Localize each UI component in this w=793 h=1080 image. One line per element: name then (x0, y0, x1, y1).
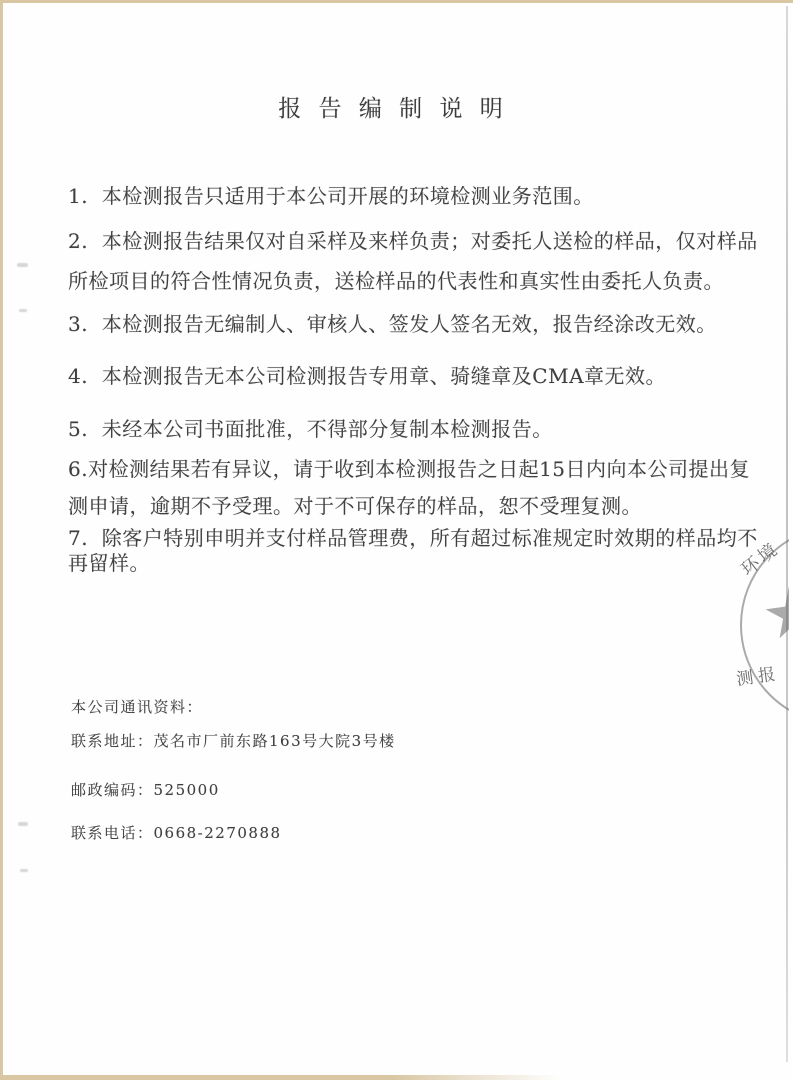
scanner-edge-bottom (0, 1075, 560, 1080)
scanner-edge-top (0, 0, 793, 3)
note-line-7b: 再留样。 (68, 551, 150, 575)
scanner-edge-left (0, 0, 3, 1080)
note-line-1: 1. 本检测报告只适用于本公司开展的环境检测业务范围。 (68, 184, 594, 208)
contact-address: 联系地址：茂名市厂前东路163号大院3号楼 (71, 730, 396, 751)
page-title: 报 告 编 制 说 明 (0, 90, 786, 123)
note-line-2b: 所检项目的符合性情况负责，送检样品的代表性和真实性由委托人负责。 (68, 269, 724, 293)
scanned-report-page: 报 告 编 制 说 明 1. 本检测报告只适用于本公司开展的环境检测业务范围。 … (0, 0, 793, 1080)
note-line-6b: 测申请，逾期不予受理。对于不可保存的样品，恕不受理复测。 (68, 494, 642, 518)
contact-heading: 本公司通讯资料： (71, 696, 203, 717)
scan-smudge-mark (20, 869, 28, 872)
company-seal-partial: 环境 ★ 测报 (700, 520, 789, 715)
note-line-7: 7. 除客户特别申明并支付样品管理费，所有超过标准规定时效期的样品均不 (68, 526, 758, 550)
note-line-3: 3. 本检测报告无编制人、审核人、签发人签名无效，报告经涂改无效。 (68, 312, 717, 336)
note-line-2: 2. 本检测报告结果仅对自采样及来样负责；对委托人送检的样品，仅对样品 (68, 229, 758, 253)
scan-smudge-mark (18, 822, 28, 826)
scan-smudge-mark (19, 309, 27, 312)
contact-postal: 邮政编码：525000 (71, 779, 220, 800)
scan-smudge-mark (17, 263, 28, 267)
note-line-6: 6.对检测结果若有异议，请于收到本检测报告之日起15日内向本公司提出复 (68, 457, 750, 481)
note-line-4: 4. 本检测报告无本公司检测报告专用章、骑缝章及CMA章无效。 (68, 364, 666, 388)
contact-phone: 联系电话：0668-2270888 (71, 822, 282, 843)
note-line-5: 5. 未经本公司书面批准，不得部分复制本检测报告。 (68, 417, 553, 441)
